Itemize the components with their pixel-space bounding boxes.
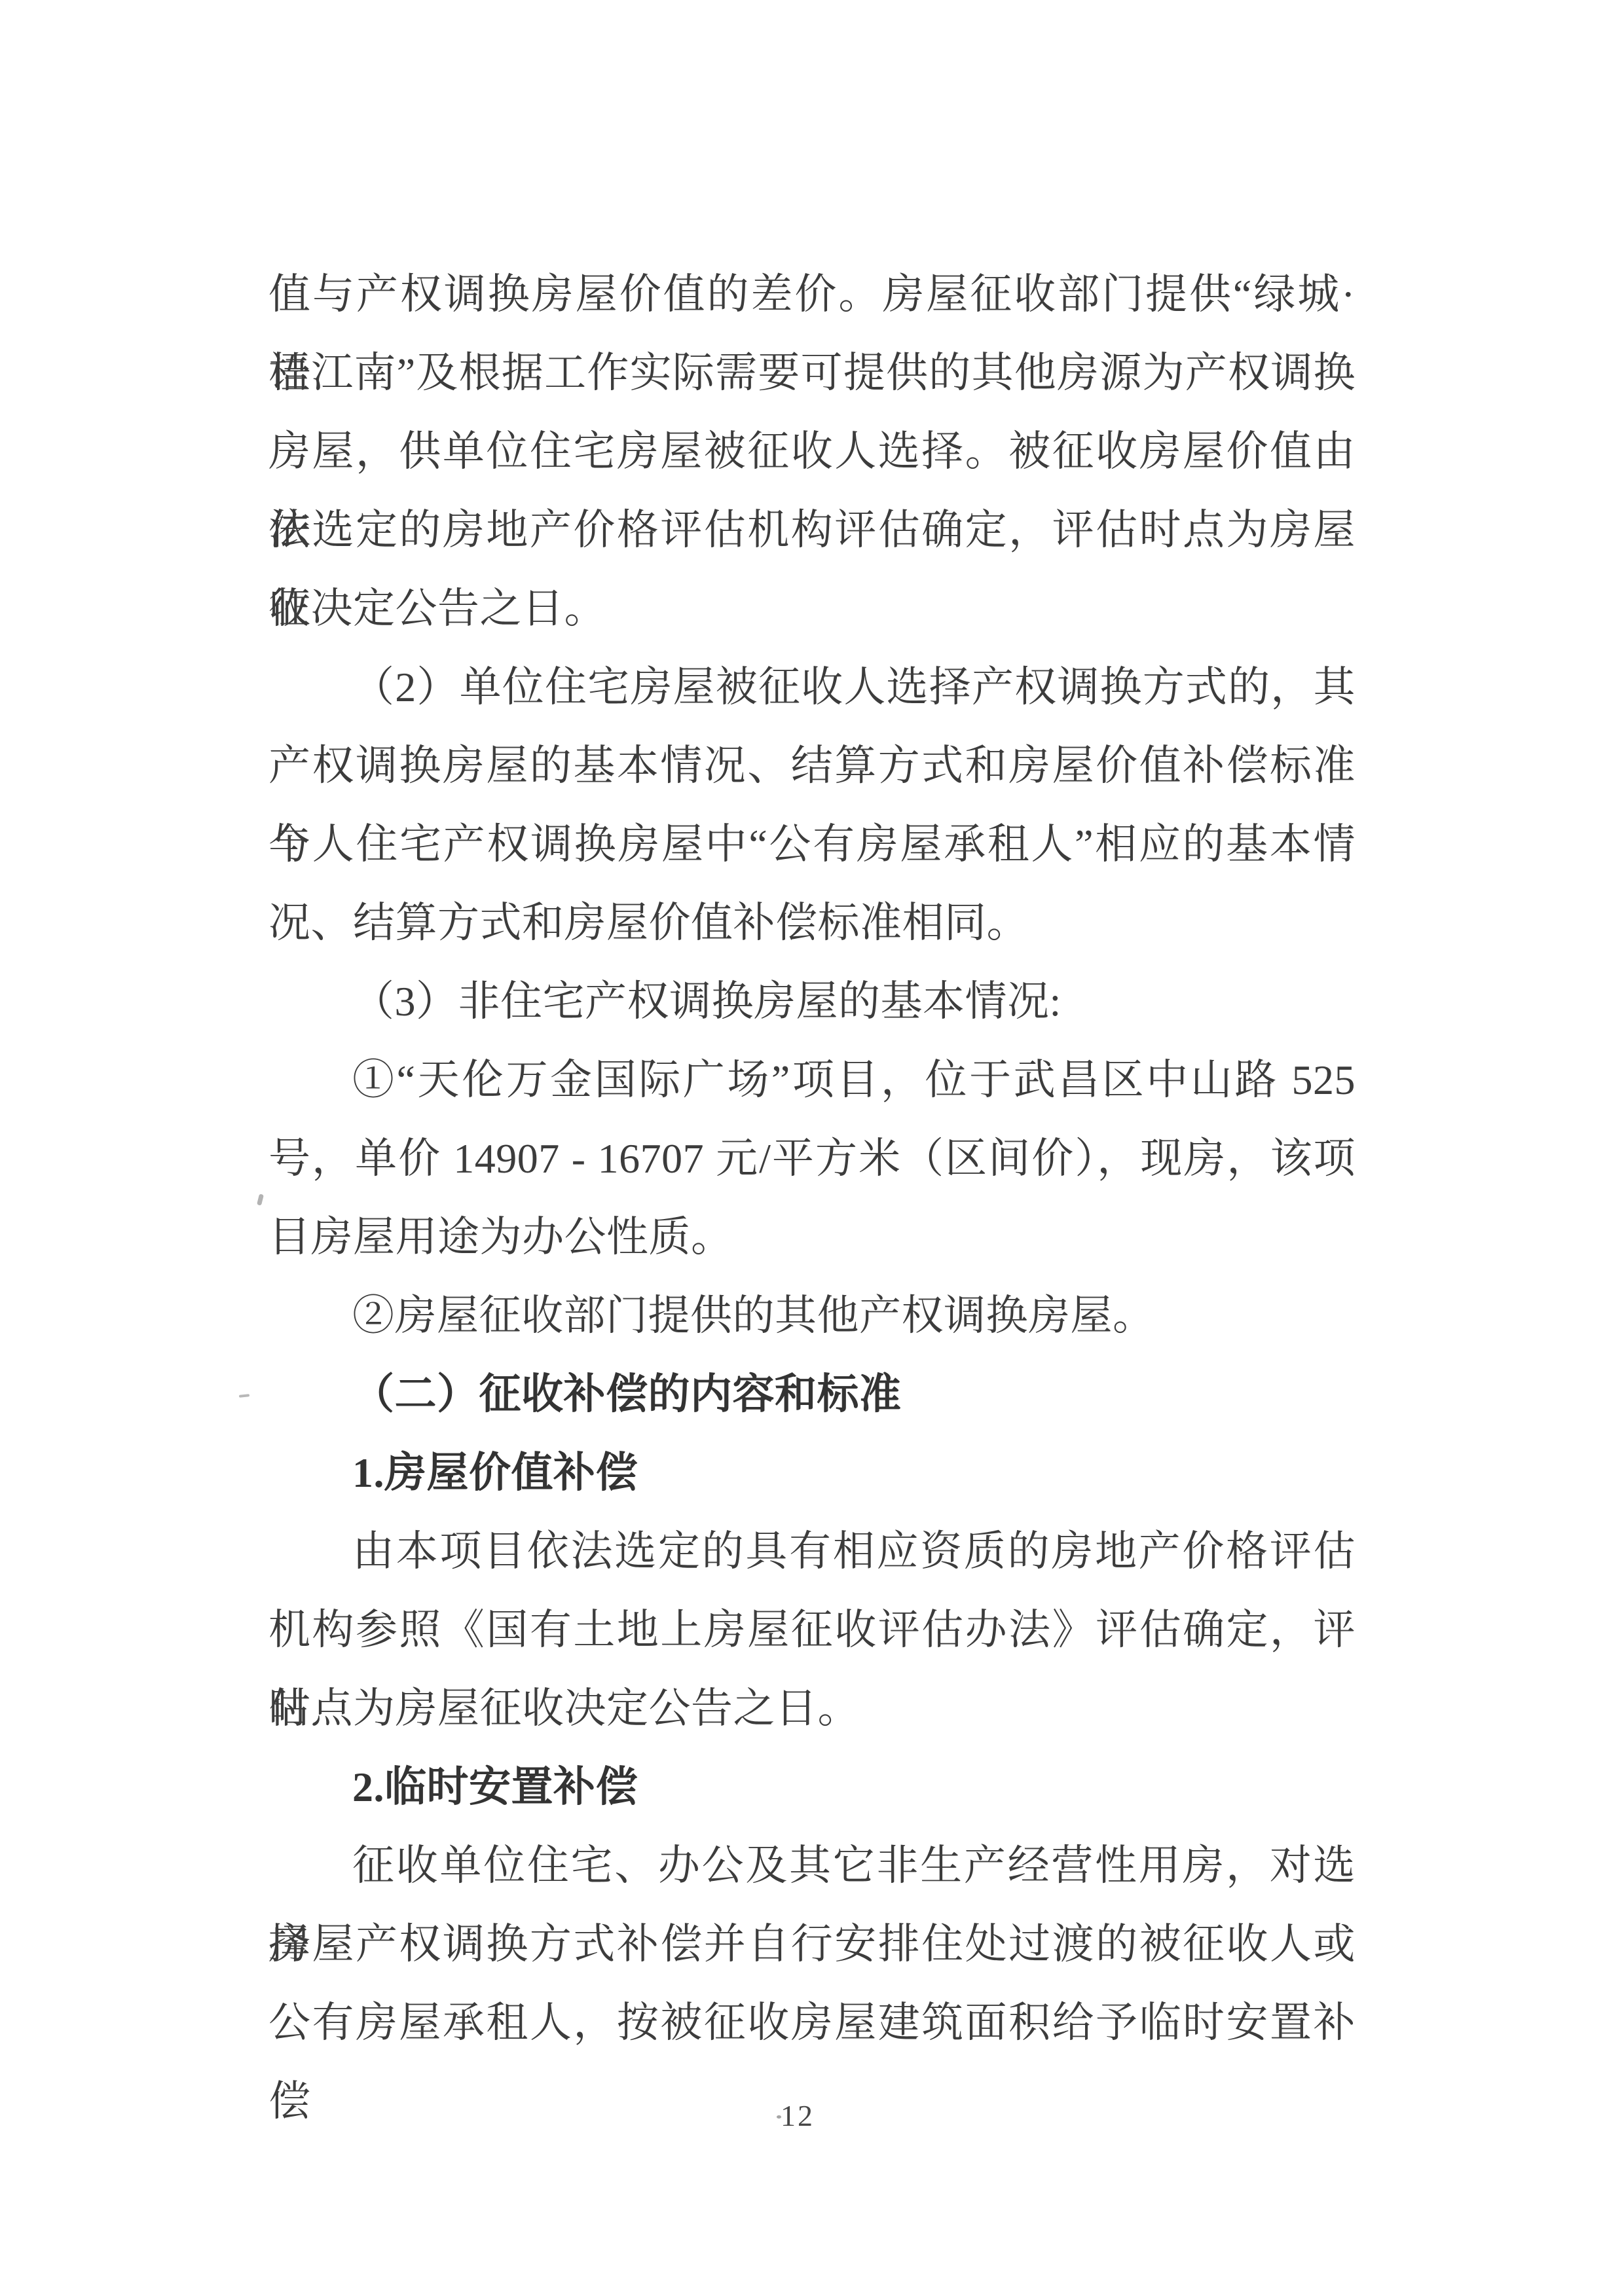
text-line: 语江南”及根据工作实际需要可提供的其他房源为产权调换 bbox=[268, 334, 1356, 412]
text-line: ①“天伦万金国际广场”项目，位于武昌区中山路 525 bbox=[268, 1041, 1356, 1120]
numbered-heading-line: 1.房屋价值补偿 bbox=[268, 1434, 1356, 1512]
text-line: （3）非住宅产权调换房屋的基本情况: bbox=[268, 962, 1356, 1041]
text-line: 机构参照《国有土地上房屋征收评估办法》评估确定，评估 bbox=[268, 1591, 1356, 1669]
text-line: 号，单价 14907 - 16707 元/平方米（区间价），现房，该项 bbox=[268, 1120, 1356, 1198]
text-line: 征收单位住宅、办公及其它非生产经营性用房，对选择 bbox=[268, 1827, 1356, 1905]
text-line: ②房屋征收部门提供的其他产权调换房屋。 bbox=[268, 1277, 1356, 1355]
text-line: 收决定公告之日。 bbox=[268, 570, 1356, 648]
page-number: 12 bbox=[0, 2099, 1595, 2133]
text-line: 公有房屋承租人，按被征收房屋建筑面积给予临时安置补偿 bbox=[268, 1984, 1356, 2062]
numbered-heading-line: 2.临时安置补偿 bbox=[268, 1748, 1356, 1827]
scan-speck bbox=[239, 1394, 249, 1398]
text-line: （2）单位住宅房屋被征收人选择产权调换方式的，其 bbox=[268, 648, 1356, 727]
text-line: 值与产权调换房屋价值的差价。房屋征收部门提供“绿城·桂 bbox=[268, 255, 1356, 334]
text-line: 法选定的房地产价格评估机构评估确定，评估时点为房屋征 bbox=[268, 491, 1356, 570]
text-line: 房屋，供单位住宅房屋被征收人选择。被征收房屋价值由依 bbox=[268, 412, 1356, 491]
text-line: 由本项目依法选定的具有相应资质的房地产价格评估 bbox=[268, 1512, 1356, 1591]
text-line: 况、结算方式和房屋价值补偿标准相同。 bbox=[268, 884, 1356, 962]
document-page: 值与产权调换房屋价值的差价。房屋征收部门提供“绿城·桂 语江南”及根据工作实际需… bbox=[0, 0, 1624, 2296]
text-line: 时点为房屋征收决定公告之日。 bbox=[268, 1669, 1356, 1748]
text-line: 产权调换房屋的基本情况、结算方式和房屋价值补偿标准与 bbox=[268, 727, 1356, 805]
document-body: 值与产权调换房屋价值的差价。房屋征收部门提供“绿城·桂 语江南”及根据工作实际需… bbox=[268, 255, 1356, 2062]
section-heading-line: （二）征收补偿的内容和标准 bbox=[268, 1355, 1356, 1434]
scan-speck bbox=[777, 2115, 781, 2119]
text-line: 房屋产权调换方式补偿并自行安排住处过渡的被征收人或 bbox=[268, 1905, 1356, 1984]
text-line: 目房屋用途为办公性质。 bbox=[268, 1198, 1356, 1277]
text-line: 个人住宅产权调换房屋中“公有房屋承租人”相应的基本情 bbox=[268, 805, 1356, 884]
scan-speck bbox=[257, 1194, 264, 1205]
